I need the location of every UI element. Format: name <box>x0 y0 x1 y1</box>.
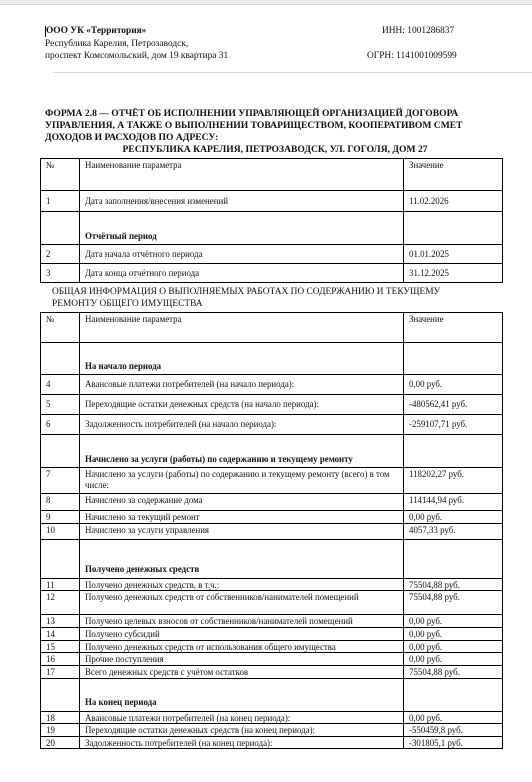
works-info-table: № Наименование параметра Значение На нач… <box>40 312 503 749</box>
section-row: На конец периода <box>41 678 503 711</box>
company-address-line1: Республика Карелия, Петрозаводск, <box>45 38 188 50</box>
table-header-row: № Наименование параметра Значение <box>41 313 503 343</box>
header-num: № <box>41 159 80 191</box>
company-ogrn: ОГРН: 1141001009599 <box>367 50 457 62</box>
header-name: Наименование параметра <box>80 159 404 191</box>
reporting-period-table: № Наименование параметра Значение 1 Дата… <box>40 158 503 283</box>
form-title-line1: ФОРМА 2.8 — ОТЧЁТ ОБ ИСПОЛНЕНИИ УПРАВЛЯЮ… <box>45 108 505 120</box>
table-row: 6 Задолженность потребителей (на начало … <box>41 415 503 435</box>
section-heading: ОБЩАЯ ИНФОРМАЦИЯ О ВЫПОЛНЯЕМЫХ РАБОТАХ П… <box>52 287 502 310</box>
header-value: Значение <box>404 159 503 191</box>
header-name: Наименование параметра <box>80 313 404 343</box>
form-title: ФОРМА 2.8 — ОТЧЁТ ОБ ИСПОЛНЕНИИ УПРАВЛЯЮ… <box>45 108 505 156</box>
company-name: ООО УК «Территория» <box>46 25 146 37</box>
table-row: 3 Дата конца отчётного периода 31.12.202… <box>41 264 503 283</box>
section-row: Получено денежных средств <box>41 539 503 578</box>
table-row: 8 Начислено за содержание дома 114144,94… <box>41 494 503 511</box>
header-value: Значение <box>404 313 503 343</box>
table-row: 19 Переходящие остатки денежных средств … <box>41 724 503 737</box>
table-row: 1 Дата заполнения/внесения изменений 11.… <box>41 191 503 212</box>
table-row: 17 Всего денежных средств с учётом остат… <box>41 665 503 678</box>
table-row: 14 Получено субсидий 0,00 руб. <box>41 628 503 641</box>
table-row: 12 Получено денежных средств от собствен… <box>41 591 503 615</box>
form-title-line3: ДОХОДОВ И РАСХОДОВ ПО АДРЕСУ: <box>45 132 505 144</box>
section-row: На начало периода <box>41 343 503 375</box>
header-num: № <box>41 313 80 343</box>
table-row: 15 Получено денежных средств от использо… <box>41 640 503 653</box>
spellcheck-flagged-text: т.ч. <box>205 580 217 590</box>
table-header-row: № Наименование параметра Значение <box>41 159 503 191</box>
table-row: 18 Авансовые платежи потребителей (на ко… <box>41 711 503 724</box>
table-row: 13 Получено целевых взносов от собственн… <box>41 615 503 628</box>
form-address: РЕСПУБЛИКА КАРЕЛИЯ, ПЕТРОЗАВОДСК, УЛ. ГО… <box>45 144 505 156</box>
company-inn: ИНН: 1001286837 <box>382 25 454 37</box>
header-divider <box>53 72 532 73</box>
table-row: 16 Прочие поступления 0,00 руб. <box>41 653 503 666</box>
table-row: 11 Получено денежных средств, в т.ч.: 75… <box>41 578 503 591</box>
table-row: 20 Задолженность потребителей (на конец … <box>41 736 503 749</box>
document-top-bar <box>0 0 532 5</box>
table-row: 5 Переходящие остатки денежных средств (… <box>41 395 503 415</box>
section-row: Начислено за услуги (работы) по содержан… <box>41 435 503 468</box>
table-row: 4 Авансовые платежи потребителей (на нач… <box>41 375 503 395</box>
form-title-line2: УПРАВЛЕНИЯ, А ТАКЖЕ О ВЫПОЛНЕНИИ ТОВАРИЩ… <box>45 120 505 132</box>
table-row: 7 Начислено за услуги (работы) по содерж… <box>41 468 503 494</box>
section-row: Отчётный период <box>41 212 503 245</box>
section-title: Отчётный период <box>80 212 404 245</box>
table-row: 9 Начислено за текущий ремонт 0,00 руб. <box>41 511 503 524</box>
company-address-line2: проспект Комсомольский, дом 19 квартира … <box>45 50 228 62</box>
table-row: 10 Начислено за услуги управления 4057,3… <box>41 523 503 539</box>
table-row: 2 Дата начала отчётного периода 01.01.20… <box>41 245 503 264</box>
